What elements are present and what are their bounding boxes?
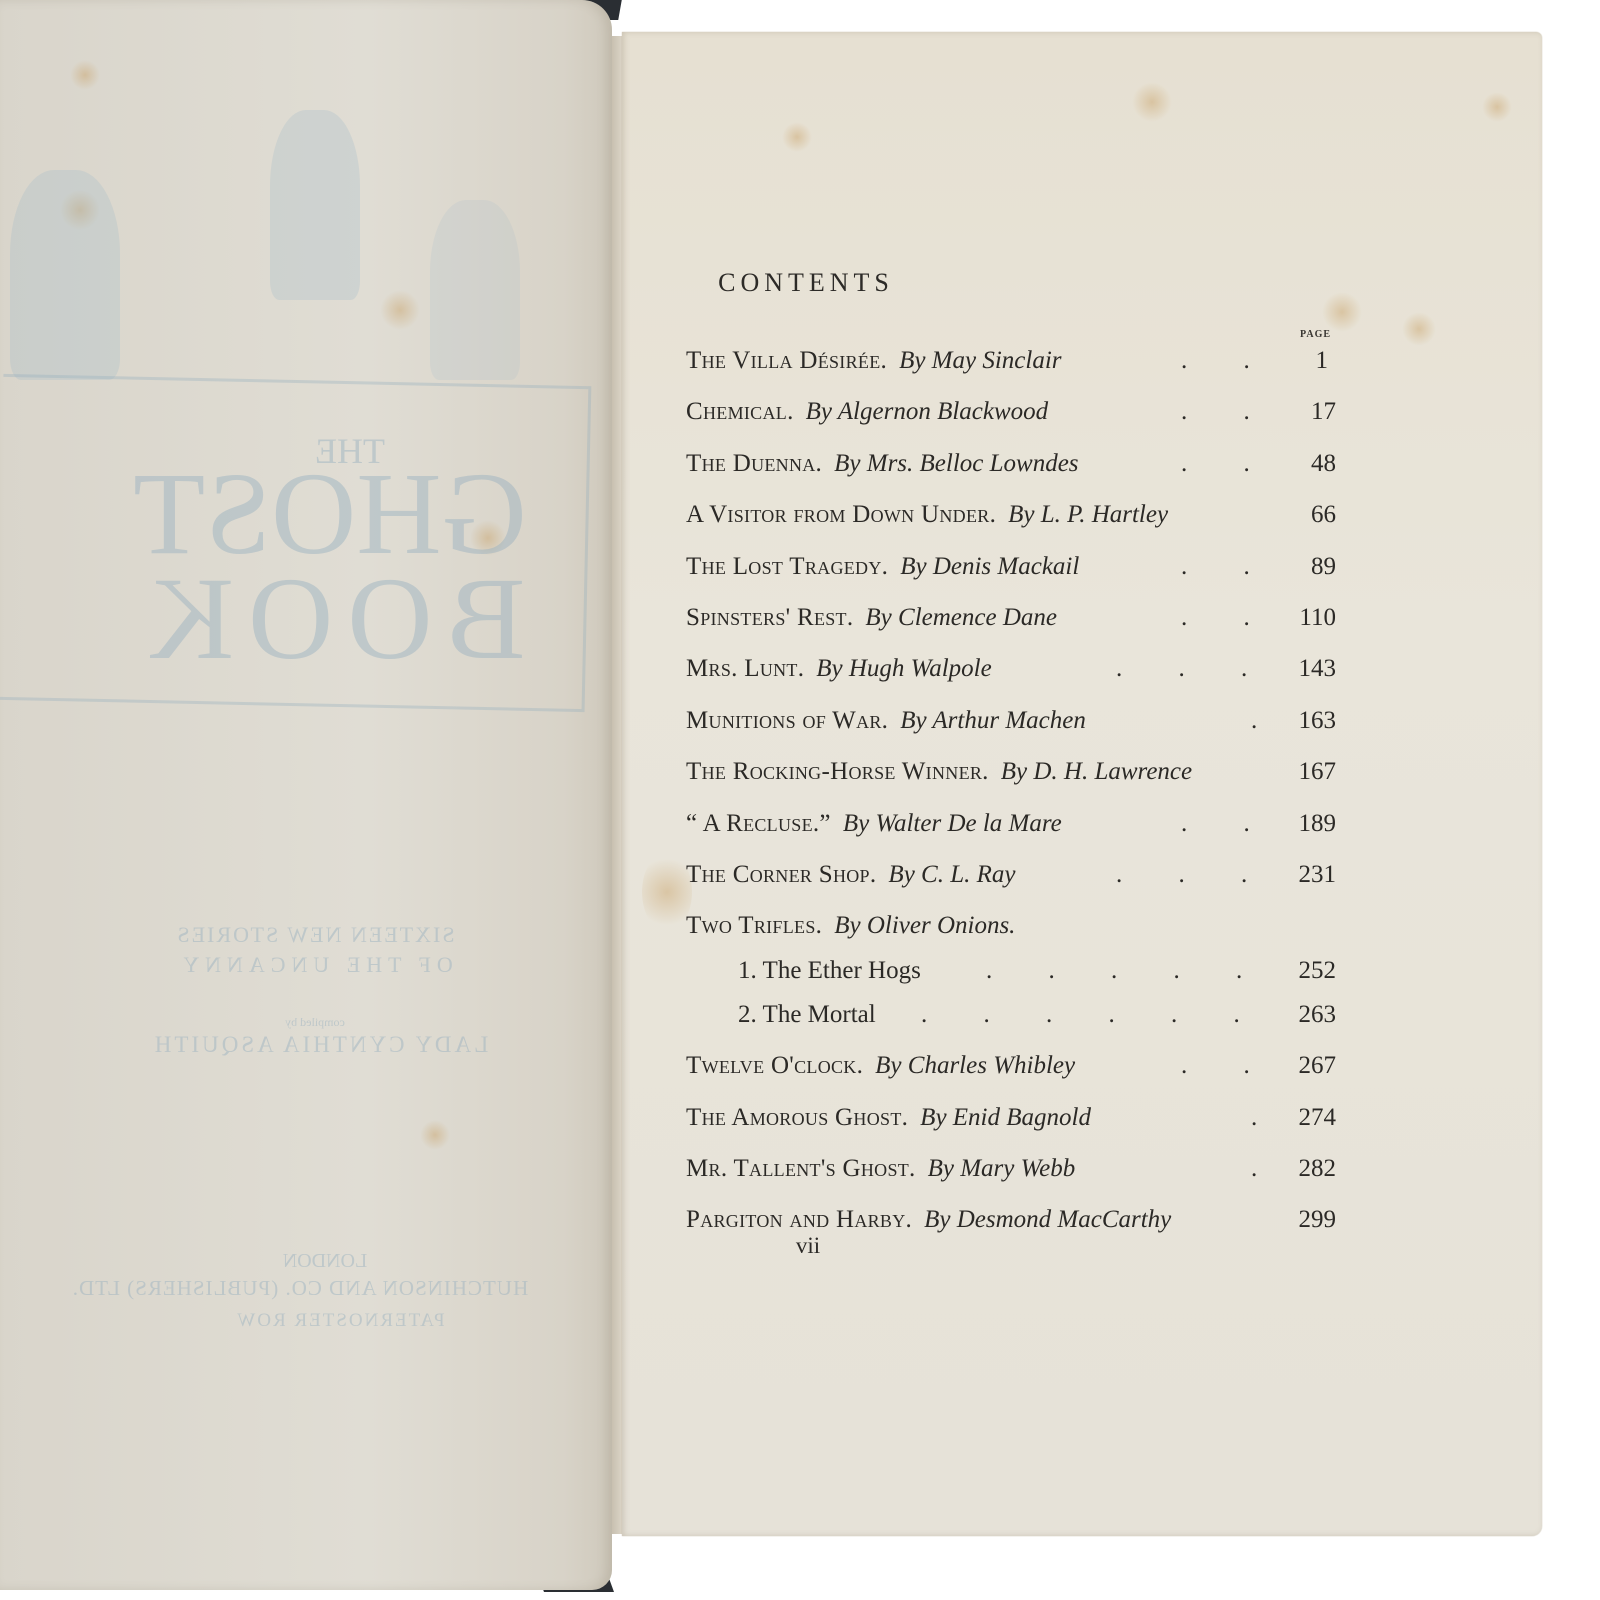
toc-entry[interactable]: Two Trifles.By Oliver Onions.: [686, 905, 1336, 949]
page-number: 163: [1299, 700, 1337, 742]
dot-leader: . . .: [1116, 648, 1247, 690]
story-title: “ A Recluse.”: [686, 810, 831, 837]
toc-entry[interactable]: Spinsters' Rest.By Clemence Dane . . 110: [686, 597, 1336, 648]
offset-publisher-line1: HUTCHINSON AND CO. (PUBLISHERS) LTD.: [0, 1276, 600, 1301]
story-title: Mrs. Lunt.: [686, 655, 804, 682]
contents-heading: CONTENTS: [0, 268, 1600, 298]
dot-leader: . .: [1181, 340, 1250, 382]
dot-leader: .: [1251, 1148, 1257, 1190]
toc-entry[interactable]: The Amorous Ghost.By Enid Bagnold . 274: [686, 1097, 1336, 1148]
offset-publisher-line2: PATERNOSTER ROW: [210, 1310, 470, 1332]
story-author: By Clemence Dane: [865, 604, 1057, 631]
offset-subtitle-line1: SIXTEEN NEW STORIES: [150, 922, 480, 948]
toc-entry[interactable]: The Villa Désirée.By May Sinclair . . 1: [686, 340, 1336, 391]
dot-leader: . .: [1181, 391, 1250, 433]
toc-entry[interactable]: Mr. Tallent's Ghost.By Mary Webb . 282: [686, 1148, 1336, 1199]
story-title: Munitions of War.: [686, 707, 888, 734]
story-title: Mr. Tallent's Ghost.: [686, 1155, 916, 1182]
dot-leader: . .: [1181, 597, 1250, 639]
foxing-spot: [1322, 292, 1362, 332]
story-title: Chemical.: [686, 398, 794, 425]
page-column-label: PAGE: [1300, 329, 1331, 340]
page-number: 189: [1299, 803, 1337, 845]
story-author: By Walter De la Mare: [843, 810, 1062, 837]
toc-entry[interactable]: Munitions of War.By Arthur Machen . 163: [686, 700, 1336, 751]
sub-story-title: 2. The Mortal: [738, 1001, 876, 1028]
story-title: Spinsters' Rest.: [686, 604, 853, 631]
foxing-spot: [420, 1120, 450, 1150]
story-title: The Villa Désirée.: [686, 347, 887, 374]
dot-leader: .: [1251, 1097, 1257, 1139]
dot-leader: . . . . . .: [921, 993, 1240, 1037]
story-author: By Enid Bagnold: [920, 1104, 1091, 1131]
dot-leader: .: [1251, 700, 1257, 742]
story-author: By Hugh Walpole: [816, 655, 991, 682]
dot-leader: . . .: [1116, 854, 1247, 896]
dot-leader: . .: [1181, 803, 1250, 845]
page-number: 267: [1299, 1045, 1337, 1087]
page-number: 1: [1316, 340, 1329, 382]
table-of-contents: The Villa Désirée.By May Sinclair . . 1 …: [686, 340, 1336, 1251]
story-title: Pargiton and Harby.: [686, 1206, 912, 1233]
page-number: 282: [1299, 1148, 1337, 1190]
dot-leader: . .: [1181, 443, 1250, 485]
story-author: By L. P. Hartley: [1008, 501, 1168, 528]
page-folio: vii: [0, 1233, 1600, 1259]
story-title: The Duenna.: [686, 450, 822, 477]
sub-story-title: 1. The Ether Hogs: [738, 957, 921, 984]
page-number: 252: [1299, 949, 1337, 993]
story-title: Two Trifles.: [686, 912, 822, 939]
toc-entry[interactable]: The Corner Shop.By C. L. Ray . . . 231: [686, 854, 1336, 905]
story-title: The Corner Shop.: [686, 861, 876, 888]
story-title: The Rocking-Horse Winner.: [686, 758, 989, 785]
story-author: By May Sinclair: [899, 347, 1061, 374]
foxing-spot: [642, 852, 692, 932]
story-title: Twelve O'clock.: [686, 1052, 863, 1079]
page-number: 274: [1299, 1097, 1337, 1139]
story-title: The Lost Tragedy.: [686, 553, 888, 580]
toc-entry[interactable]: Twelve O'clock.By Charles Whibley . . 26…: [686, 1045, 1336, 1096]
dot-leader: . . . . .: [986, 949, 1242, 993]
foxing-spot: [1482, 92, 1512, 122]
page-number: 231: [1299, 854, 1337, 896]
foxing-spot: [1132, 82, 1172, 122]
story-author: By Desmond MacCarthy: [924, 1206, 1171, 1233]
page-number: 110: [1299, 597, 1336, 639]
offset-title-line2: BOOK: [120, 560, 540, 678]
story-author: By Charles Whibley: [875, 1052, 1075, 1079]
story-author: By D. H. Lawrence: [1001, 758, 1192, 785]
toc-entry[interactable]: A Visitor from Down Under.By L. P. Hartl…: [686, 494, 1336, 545]
page-number: 263: [1299, 993, 1337, 1037]
story-author: By Arthur Machen: [900, 707, 1086, 734]
story-author: By C. L. Ray: [888, 861, 1015, 888]
foxing-spot: [782, 122, 812, 152]
offset-compiled-by: compiled by: [260, 1015, 370, 1030]
toc-entry[interactable]: “ A Recluse.”By Walter De la Mare . . 18…: [686, 803, 1336, 854]
toc-sub-entry[interactable]: 1. The Ether Hogs . . . . . 252: [686, 949, 1336, 993]
toc-entry[interactable]: The Lost Tragedy.By Denis Mackail . . 89: [686, 546, 1336, 597]
story-title: The Amorous Ghost.: [686, 1104, 908, 1131]
page-number: 17: [1311, 391, 1336, 433]
toc-sub-entry[interactable]: 2. The Mortal . . . . . . 263: [686, 993, 1336, 1045]
story-author: By Mrs. Belloc Lowndes: [834, 450, 1078, 477]
page-number: 48: [1311, 443, 1336, 485]
toc-entry[interactable]: The Rocking-Horse Winner.By D. H. Lawren…: [686, 751, 1336, 802]
left-page: THE GHOST BOOK SIXTEEN NEW STORIES OF TH…: [0, 0, 612, 1590]
page-number: 167: [1299, 751, 1337, 793]
foxing-spot: [1402, 312, 1436, 346]
offset-editor: LADY CYNTHIA ASQUITH: [120, 1032, 520, 1058]
foxing-spot: [70, 60, 100, 90]
dot-leader: . .: [1181, 546, 1250, 588]
offset-subtitle-line2: OF THE UNCANNY: [150, 952, 480, 978]
page-number: 66: [1311, 494, 1336, 536]
toc-entry[interactable]: Mrs. Lunt.By Hugh Walpole . . . 143: [686, 648, 1336, 699]
page-number: 89: [1311, 546, 1336, 588]
story-title: A Visitor from Down Under.: [686, 501, 996, 528]
toc-entry[interactable]: Chemical.By Algernon Blackwood . . 17: [686, 391, 1336, 442]
page-number: 143: [1299, 648, 1337, 690]
story-author: By Oliver Onions.: [834, 912, 1015, 939]
story-author: By Mary Webb: [928, 1155, 1076, 1182]
toc-entry[interactable]: The Duenna.By Mrs. Belloc Lowndes . . 48: [686, 443, 1336, 494]
dot-leader: . .: [1181, 1045, 1250, 1087]
story-author: By Algernon Blackwood: [806, 398, 1049, 425]
story-author: By Denis Mackail: [900, 553, 1079, 580]
